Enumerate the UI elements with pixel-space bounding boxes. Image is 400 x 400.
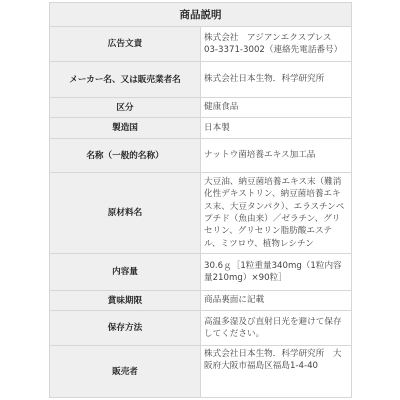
- row-label: メーカー名、又は販売業者名: [50, 62, 201, 98]
- table-row: 広告文責 株式会社 アジアンエクスプレス 03-3371-3002（連絡先電話番…: [50, 27, 352, 62]
- table-row: 保存方法 高温多湿及び直射日光を避けて保存してください。: [50, 311, 352, 346]
- table-row: 販売者 株式会社日本生物．科学研究所 大阪府大阪市福島区福島1-4-40: [50, 346, 352, 398]
- row-label: 保存方法: [50, 311, 201, 346]
- row-value: 30.6ｇ［1粒重量340mg（1粒内容量210mg）×90粒］: [201, 254, 352, 291]
- table-row: 区分 健康食品: [50, 98, 352, 118]
- advertiser-name: 株式会社 アジアンエクスプレス: [204, 32, 348, 44]
- table-row: 名称（一般的名称） ナットウ菌培養エキス加工品: [50, 139, 352, 173]
- row-value: 高温多湿及び直射日光を避けて保存してください。: [201, 311, 352, 346]
- row-label: 賞味期限: [50, 291, 201, 311]
- row-value: ナットウ菌培養エキス加工品: [201, 139, 352, 173]
- table-title: 商品説明: [50, 3, 352, 27]
- row-label: 内容量: [50, 254, 201, 291]
- table-row: 製造国 日本製: [50, 118, 352, 139]
- row-value: 日本製: [201, 118, 352, 139]
- table-row: メーカー名、又は販売業者名 株式会社日本生物．科学研究所: [50, 62, 352, 98]
- row-value: 商品裏面に記載: [201, 291, 352, 311]
- row-label: 区分: [50, 98, 201, 118]
- table-row: 原材料名 大豆油、納豆菌培養エキス末（難消化性デキストリン、納豆菌培養エキス末、…: [50, 173, 352, 254]
- row-value: 株式会社日本生物．科学研究所 大阪府大阪市福島区福島1-4-40: [201, 346, 352, 398]
- advertiser-phone: 03-3371-3002（連絡先電話番号）: [204, 44, 348, 56]
- row-label: 製造国: [50, 118, 201, 139]
- row-value: 大豆油、納豆菌培養エキス末（難消化性デキストリン、納豆菌培養エキス末、大豆タンパ…: [201, 173, 352, 254]
- row-label: 名称（一般的名称）: [50, 139, 201, 173]
- row-value: 株式会社 アジアンエクスプレス 03-3371-3002（連絡先電話番号）: [201, 27, 352, 62]
- row-label: 広告文責: [50, 27, 201, 62]
- row-value: 健康食品: [201, 98, 352, 118]
- table-row: 内容量 30.6ｇ［1粒重量340mg（1粒内容量210mg）×90粒］: [50, 254, 352, 291]
- product-description-table: 商品説明 広告文責 株式会社 アジアンエクスプレス 03-3371-3002（連…: [49, 2, 352, 398]
- row-value: 株式会社日本生物．科学研究所: [201, 62, 352, 98]
- row-label: 販売者: [50, 346, 201, 398]
- table-row: 賞味期限 商品裏面に記載: [50, 291, 352, 311]
- table-header-row: 商品説明: [50, 3, 352, 27]
- row-label: 原材料名: [50, 173, 201, 254]
